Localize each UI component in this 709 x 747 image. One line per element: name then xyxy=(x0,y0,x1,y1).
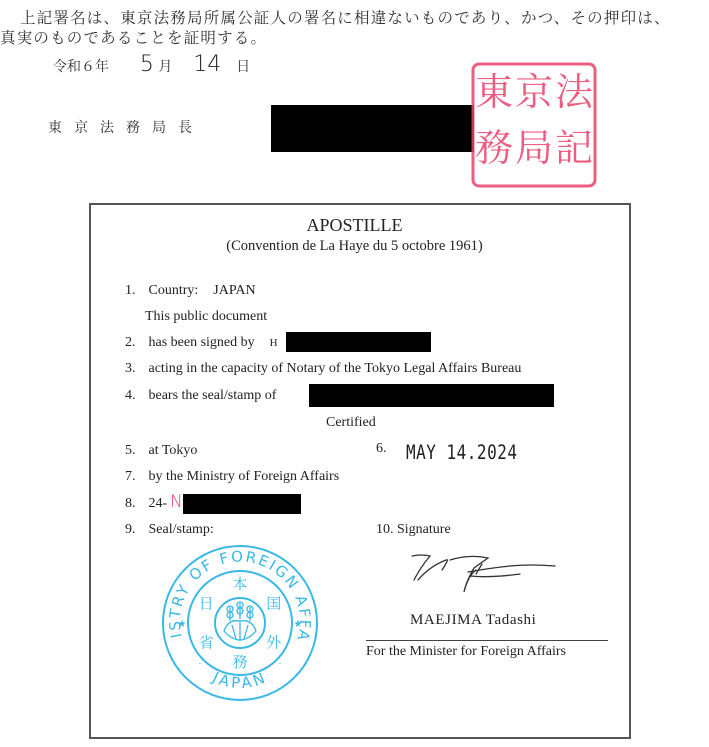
svg-text:局: 局 xyxy=(515,126,553,170)
redacted-certificate-number xyxy=(183,494,301,514)
redacted-signer xyxy=(286,332,431,352)
redacted-seal-holder xyxy=(309,384,554,407)
month-unit: 月 xyxy=(158,59,172,75)
day-unit: 日 xyxy=(236,59,250,75)
certified-heading: Certified xyxy=(326,415,376,431)
legal-affairs-bureau-seal-icon: 法京東務局記 xyxy=(470,61,598,189)
svg-text:★: ★ xyxy=(294,619,303,630)
apostille-subtitle: (Convention de La Haye du 5 octobre 1961… xyxy=(0,238,709,255)
item-public-document: This public document xyxy=(145,309,267,325)
svg-text:記: 記 xyxy=(555,126,593,170)
svg-text:東: 東 xyxy=(475,70,513,114)
item-country: 1. Country: JAPAN xyxy=(125,283,256,299)
svg-text:★: ★ xyxy=(178,619,187,630)
signature-line xyxy=(366,640,608,641)
svg-text:務: 務 xyxy=(475,126,513,170)
item-number: 8. 24- xyxy=(125,496,167,512)
svg-text:·: · xyxy=(278,659,281,670)
certification-date: 令和６年 5 月 14 日 xyxy=(53,52,250,77)
issuer-title: 東京法務局長 xyxy=(48,117,204,137)
ministry-of-foreign-affairs-seal-icon: MINISTRY OF FOREIGN AFFAIRS JAPAN ★ ★ · … xyxy=(160,545,320,705)
number-series-letter: N xyxy=(170,492,183,512)
svg-text:·: · xyxy=(198,659,201,670)
svg-text:外: 外 xyxy=(266,634,282,652)
country-label: Country: xyxy=(149,283,199,298)
signatory-title: For the Minister for Foreign Affairs xyxy=(366,644,566,660)
certification-statement-line2: 真実のものであることを証明する。 xyxy=(0,26,267,48)
item-capacity: 3. acting in the capacity of Notary of t… xyxy=(125,361,521,377)
item-seal-stamp: 9. Seal/stamp: xyxy=(125,522,214,538)
redacted-issuer-name xyxy=(271,105,474,152)
signed-by-value: H xyxy=(270,337,278,349)
item-signed-by: 2. has been signed by H xyxy=(125,335,278,351)
svg-text:省: 省 xyxy=(199,634,214,652)
item-place: 5. at Tokyo xyxy=(125,443,197,459)
item-authority: 7. by the Ministry of Foreign Affairs xyxy=(125,469,339,485)
svg-text:務: 務 xyxy=(232,653,247,671)
signed-by-label: has been signed by xyxy=(149,335,255,350)
item-signature: 10. Signature xyxy=(376,522,451,538)
svg-text:日: 日 xyxy=(199,595,214,613)
country-value: JAPAN xyxy=(213,283,255,298)
svg-text:国: 国 xyxy=(266,595,281,613)
apostille-title: APOSTILLE xyxy=(0,215,709,236)
certification-statement-line1: 上記署名は、東京法務局所属公証人の署名に相違ないものであり、かつ、その押印は、 xyxy=(20,6,671,28)
month-value: 5 xyxy=(140,52,154,77)
number-prefix: 24- xyxy=(149,496,168,511)
svg-text:京: 京 xyxy=(515,70,553,114)
svg-text:法: 法 xyxy=(555,70,594,114)
signatory-name: MAEJIMA Tadashi xyxy=(410,612,536,629)
item-seal-of: 4. bears the seal/stamp of xyxy=(125,388,276,404)
svg-text:JAPAN: JAPAN xyxy=(209,668,270,692)
era-year: 令和６年 xyxy=(53,59,109,75)
day-value: 14 xyxy=(193,52,221,77)
svg-text:本: 本 xyxy=(232,575,247,593)
handwritten-signature xyxy=(410,548,570,603)
date-stamp: MAY 14.2024 xyxy=(406,441,517,464)
item-date: 6. xyxy=(376,441,387,457)
